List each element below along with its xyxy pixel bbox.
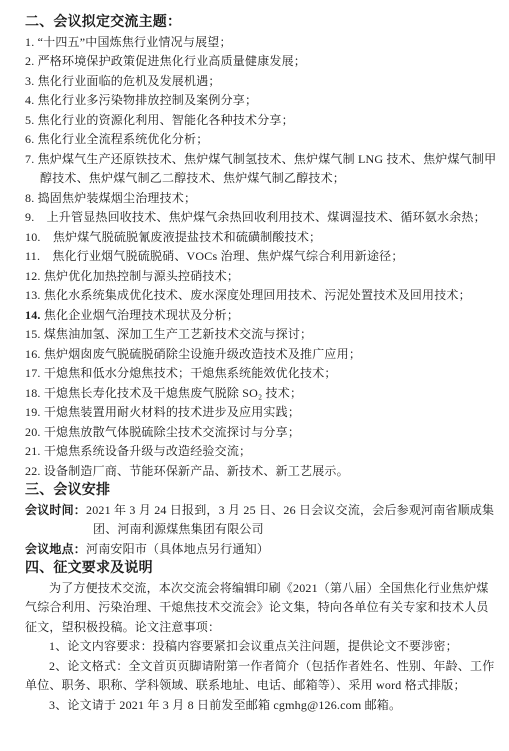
topic-text: 焦化水系统集成优化技术、废水深度处理回用技术、污泥处置技术及回用技术；: [44, 288, 471, 302]
topic-text: 焦化行业的资源化利用、智能化各种技术分享；: [38, 113, 294, 127]
note-number: 2、: [49, 659, 67, 673]
topic-text: 焦炉优化加热控制与源头控硝技术；: [44, 269, 239, 283]
note-text: 论文请于 2021 年 3 月 8 日前发至邮箱 cgmhg@126.com 邮…: [67, 698, 401, 712]
topic-number: 10.: [25, 230, 53, 244]
topic-item: 10. 焦炉煤气脱硫脱氰废液提盐技术和硫磺制酸技术；: [25, 228, 498, 248]
paper-note-item: 3、论文请于 2021 年 3 月 8 日前发至邮箱 cgmhg@126.com…: [25, 696, 498, 716]
topic-number: 5.: [25, 113, 38, 127]
topic-number: 8.: [25, 191, 38, 205]
topic-number: 11.: [25, 249, 52, 263]
topic-text: 焦炉煤气脱硫脱氰废液提盐技术和硫磺制酸技术；: [53, 230, 321, 244]
meeting-location-value: 河南安阳市（具体地点另行通知）: [86, 542, 269, 556]
topic-item: 12. 焦炉优化加热控制与源头控硝技术；: [25, 267, 498, 287]
topic-text: 煤焦油加氢、深加工生产工艺新技术交流与探讨；: [44, 327, 312, 341]
topic-text: 干熄焦和低水分熄焦技术；干熄焦系统能效优化技术；: [44, 366, 337, 380]
topic-number: 2.: [25, 54, 38, 68]
topic-item: 3. 焦化行业面临的危机及发展机遇；: [25, 72, 498, 92]
document-page: 二、会议拟定交流主题： 1. “十四五”中国炼焦行业情况与展望； 2. 严格环境…: [0, 0, 509, 715]
topic-text: 干熄焦长寿化技术及干熄焦废气脱除 SO₂ 技术；: [44, 386, 302, 400]
topic-item: 18. 干熄焦长寿化技术及干熄焦废气脱除 SO₂ 技术；: [25, 384, 498, 404]
papers-intro-paragraph: 为了方便技术交流，本次交流会将编辑印刷《2021（第八届）全国焦化行业焦炉煤气综…: [25, 579, 498, 638]
meeting-location-label: 会议地点：: [25, 542, 86, 556]
topic-item: 11. 焦化行业烟气脱硫脱硝、VOCs 治理、焦炉煤气综合利用新途径；: [25, 247, 498, 267]
topic-number: 19.: [25, 405, 44, 419]
topic-text: 上升管显热回收技术、焦炉煤气余热回收利用技术、煤调湿技术、循环氨水余热；: [47, 210, 486, 224]
topic-number: 14.: [25, 308, 44, 322]
topic-text: 捣固焦炉装煤烟尘治理技术；: [38, 191, 197, 205]
paper-note-item: 2、论文格式：全文首页页脚请附第一作者简介（包括作者姓名、性别、年龄、工作单位、…: [25, 657, 498, 696]
topic-item: 9. 上升管显热回收技术、焦炉煤气余热回收利用技术、煤调湿技术、循环氨水余热；: [25, 208, 498, 228]
meeting-location-row: 会议地点：河南安阳市（具体地点另行通知）: [25, 540, 498, 560]
topic-item: 8. 捣固焦炉装煤烟尘治理技术；: [25, 189, 498, 209]
meeting-time-value: 2021 年 3 月 24 日报到，3 月 25 日、26 日会议交流，会后参观…: [86, 503, 494, 537]
topic-number: 3.: [25, 74, 38, 88]
section-schedule-heading: 三、会议安排: [25, 481, 498, 501]
topic-item: 15. 煤焦油加氢、深加工生产工艺新技术交流与探讨；: [25, 325, 498, 345]
topic-item: 6. 焦化行业全流程系统优化分析；: [25, 130, 498, 150]
topic-item: 17. 干熄焦和低水分熄焦技术；干熄焦系统能效优化技术；: [25, 364, 498, 384]
topic-number: 1.: [25, 35, 38, 49]
note-number: 1、: [49, 639, 67, 653]
note-text: 论文格式：全文首页页脚请附第一作者简介（包括作者姓名、性别、年龄、工作单位、职务…: [25, 659, 494, 693]
topic-text: 干熄焦系统设备升级与改造经验交流；: [44, 444, 251, 458]
topic-text: 干熄焦放散气体脱硫除尘技术交流探讨与分享；: [44, 425, 300, 439]
note-number: 3、: [49, 698, 67, 712]
topic-number: 20.: [25, 425, 44, 439]
topic-text: 焦炉煤气生产还原铁技术、焦炉煤气制氢技术、焦炉煤气制 LNG 技术、焦炉煤气制甲…: [38, 152, 497, 186]
topic-number: 13.: [25, 288, 44, 302]
topic-item: 14. 焦化企业烟气治理技术现状及分析；: [25, 306, 498, 326]
topic-text: 焦炉烟囱废气脱硫脱硝除尘设施升级改造技术及推广应用；: [44, 347, 361, 361]
topic-text: “十四五”中国炼焦行业情况与展望；: [38, 35, 232, 49]
topic-item: 5. 焦化行业的资源化利用、智能化各种技术分享；: [25, 111, 498, 131]
topic-text: 焦化行业烟气脱硫脱硝、VOCs 治理、焦炉煤气综合利用新途径；: [52, 249, 403, 263]
section-papers-heading: 四、征文要求及说明: [25, 559, 498, 579]
topic-text: 焦化行业全流程系统优化分析；: [38, 132, 209, 146]
topic-number: 7.: [25, 152, 38, 166]
meeting-time-label: 会议时间：: [25, 503, 86, 517]
topic-text: 焦化行业多污染物排放控制及案例分享；: [38, 93, 258, 107]
note-text: 论文内容要求：投稿内容要紧扣会议重点关注问题，提供论文不要涉密；: [67, 639, 457, 653]
topic-number: 21.: [25, 444, 44, 458]
topic-text: 严格环境保护政策促进焦化行业高质量健康发展；: [38, 54, 306, 68]
topic-item: 4. 焦化行业多污染物排放控制及案例分享；: [25, 91, 498, 111]
topic-item: 1. “十四五”中国炼焦行业情况与展望；: [25, 33, 498, 53]
topic-item: 22. 设备制造厂商、节能环保新产品、新技术、新工艺展示。: [25, 462, 498, 482]
topic-item: 16. 焦炉烟囱废气脱硫脱硝除尘设施升级改造技术及推广应用；: [25, 345, 498, 365]
topic-number: 4.: [25, 93, 38, 107]
topic-text: 焦化行业面临的危机及发展机遇；: [38, 74, 221, 88]
topic-item: 19. 干熄焦装置用耐火材料的技术进步及应用实践；: [25, 403, 498, 423]
topic-number: 17.: [25, 366, 44, 380]
topic-number: 22.: [25, 464, 44, 478]
topic-number: 16.: [25, 347, 44, 361]
topic-text: 干熄焦装置用耐火材料的技术进步及应用实践；: [44, 405, 300, 419]
topic-number: 18.: [25, 386, 44, 400]
topic-number: 6.: [25, 132, 38, 146]
topic-item: 2. 严格环境保护政策促进焦化行业高质量健康发展；: [25, 52, 498, 72]
topic-text: 焦化企业烟气治理技术现状及分析；: [44, 308, 239, 322]
topic-item: 7. 焦炉煤气生产还原铁技术、焦炉煤气制氢技术、焦炉煤气制 LNG 技术、焦炉煤…: [25, 150, 498, 189]
topic-item: 21. 干熄焦系统设备升级与改造经验交流；: [25, 442, 498, 462]
section-topics-heading: 二、会议拟定交流主题：: [25, 13, 498, 33]
topic-number: 9.: [25, 210, 47, 224]
meeting-time-row: 会议时间：2021 年 3 月 24 日报到，3 月 25 日、26 日会议交流…: [25, 501, 498, 540]
paper-note-item: 1、论文内容要求：投稿内容要紧扣会议重点关注问题，提供论文不要涉密；: [25, 637, 498, 657]
topic-text: 设备制造厂商、节能环保新产品、新技术、新工艺展示。: [44, 464, 349, 478]
topic-number: 12.: [25, 269, 44, 283]
topic-item: 20. 干熄焦放散气体脱硫除尘技术交流探讨与分享；: [25, 423, 498, 443]
topic-number: 15.: [25, 327, 44, 341]
topic-item: 13. 焦化水系统集成优化技术、废水深度处理回用技术、污泥处置技术及回用技术；: [25, 286, 498, 306]
